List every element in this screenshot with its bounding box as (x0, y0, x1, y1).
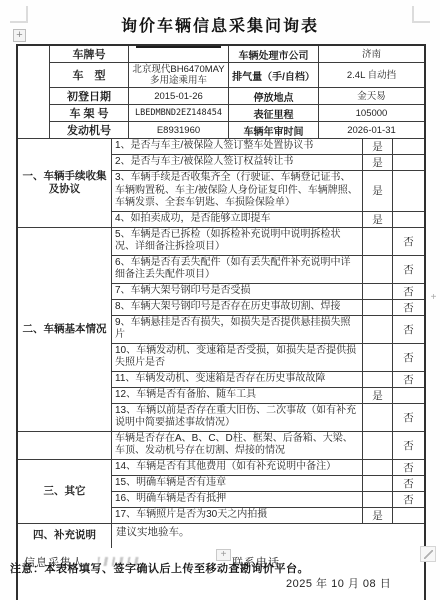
field-value (129, 46, 229, 62)
answer-no-cell: 否 (393, 344, 424, 371)
field-value: 北京现代BH6470MAY多用途乘用车 (129, 63, 229, 87)
answer-yes-cell (363, 256, 393, 283)
question-row: 8、车辆大架号钢印号是否存在历史事故切割、焊接否 (112, 300, 424, 316)
question-row: 14、车辆是否有其他费用（如有补充说明中备注）否 (112, 460, 424, 476)
answer-yes-cell: 是 (363, 139, 393, 154)
question-row: 4、如拍卖成功，是否能够立即提车是 (112, 212, 424, 227)
answer-yes-cell (363, 344, 393, 371)
answer-no-cell: 否 (393, 404, 424, 431)
question-text: 2、是否与车主/被保险人签订权益转让书 (112, 155, 363, 170)
question-row: 7、车辆大架号钢印号是否受损否 (112, 284, 424, 300)
question-text: 3、车辆手续是否收集齐全（行驶证、车辆登记证书、车辆购置税、车主/被保险人身份证… (112, 171, 363, 211)
section-category-label: 三、其它 (18, 460, 112, 523)
question-text: 5、车辆是否已拆检（如拆检补充说明中说明拆检状况、详细备注拆捡项目） (112, 228, 363, 255)
answer-yes-cell (363, 372, 393, 387)
answer-yes-cell (363, 432, 393, 459)
answer-yes-cell (363, 228, 393, 255)
question-text: 6、车辆是否有丢失配件（如有丢失配件补充说明中详细备注丢失配件项目） (112, 256, 363, 283)
field-label: 初登日期 (50, 88, 129, 104)
header-row: 车 型北京现代BH6470MAY多用途乘用车排气量（手/自档）2.4L 自动挡 (50, 63, 424, 88)
form-section: 车辆是否存在A、B、C、D柱、框架、后备箱、大梁、车顶、发动机号存在切割、焊接的… (18, 432, 424, 460)
answer-no-cell: 否 (393, 228, 424, 255)
answer-yes-cell: 是 (363, 171, 393, 211)
question-row: 1、是否与车主/被保险人签订整车处置协议书是 (112, 139, 424, 155)
answer-no-cell (393, 508, 424, 523)
section-category-label: 四、补充说明 (18, 524, 112, 548)
section-rows: 5、车辆是否已拆检（如拆检补充说明中说明拆检状况、详细备注拆捡项目）否6、车辆是… (112, 228, 424, 431)
question-row: 2、是否与车主/被保险人签订权益转让书是 (112, 155, 424, 171)
field-value: 105000 (319, 105, 424, 121)
question-text: 13、车辆以前是否存在重大旧伤、二次事故（如有补充说明中简要描述事故情况） (112, 404, 363, 431)
field-value: 2026-01-31 (319, 122, 424, 138)
section-rows: 建议实地验车。 (112, 524, 424, 548)
question-text: 车辆是否存在A、B、C、D柱、框架、后备箱、大梁、车顶、发动机号存在切割、焊接的… (112, 432, 363, 459)
field-label: 停放地点 (229, 88, 319, 104)
table-resize-handle-icon[interactable] (420, 546, 436, 562)
page-title: 询价车辆信息采集问询表 (0, 13, 440, 36)
upload-instruction-note: 注意：本表格填写、签字确认后上传至移动查勘询价平台。 (10, 560, 309, 576)
section-rows: 车辆是否存在A、B、C、D柱、框架、后备箱、大梁、车顶、发动机号存在切割、焊接的… (112, 432, 424, 459)
answer-yes-cell: 是 (363, 212, 393, 227)
answer-yes-cell (363, 404, 393, 431)
header-row: 初登日期2015-01-26停放地点金天易 (50, 88, 424, 105)
answer-no-cell (393, 139, 424, 154)
section-category-label: 一、车辆手续收集及协议 (18, 139, 112, 227)
answer-no-cell (393, 155, 424, 170)
answer-no-cell (393, 171, 424, 211)
answer-no-cell: 否 (393, 256, 424, 283)
field-label: 排气量（手/自档） (229, 63, 319, 87)
form-section: 四、补充说明建议实地验车。 (18, 524, 424, 548)
question-text: 12、车辆是否有备胎、随车工具 (112, 388, 363, 403)
answer-no-cell: 否 (393, 476, 424, 491)
question-row: 10、车辆发动机、变速箱是否受损，如损失是否提供损失照片是否否 (112, 344, 424, 372)
field-value: 2.4L 自动挡 (319, 63, 424, 87)
form-section: 二、车辆基本情况5、车辆是否已拆检（如拆检补充说明中说明拆检状况、详细备注拆捡项… (18, 228, 424, 432)
form-section: 一、车辆手续收集及协议1、是否与车主/被保险人签订整车处置协议书是2、是否与车主… (18, 139, 424, 228)
question-row: 3、车辆手续是否收集齐全（行驶证、车辆登记证书、车辆购置税、车主/被保险人身份证… (112, 171, 424, 212)
field-label: 车辆年审时间 (229, 122, 319, 138)
answer-no-cell: 否 (393, 460, 424, 475)
section-rows: 14、车辆是否有其他费用（如有补充说明中备注）否15、明确车辆是否有违章否16、… (112, 460, 424, 523)
field-label: 车 型 (50, 63, 129, 87)
question-row: 车辆是否存在A、B、C、D柱、框架、后备箱、大梁、车顶、发动机号存在切割、焊接的… (112, 432, 424, 459)
question-row: 15、明确车辆是否有违章否 (112, 476, 424, 492)
field-value: E8931960 (129, 122, 229, 138)
question-row: 13、车辆以前是否存在重大旧伤、二次事故（如有补充说明中简要描述事故情况）否 (112, 404, 424, 431)
table-insert-handle-right[interactable]: + (428, 292, 439, 303)
field-label: 车辆处理市公司 (229, 46, 319, 62)
form-section: 三、其它14、车辆是否有其他费用（如有补充说明中备注）否15、明确车辆是否有违章… (18, 460, 424, 524)
license-plate-redaction-line (136, 46, 221, 48)
question-text: 15、明确车辆是否有违章 (112, 476, 363, 491)
field-value: 济南 (319, 46, 424, 62)
question-text: 16、明确车辆是否有抵押 (112, 492, 363, 507)
answer-no-cell: 否 (393, 300, 424, 315)
answer-no-cell (393, 212, 424, 227)
answer-no-cell (393, 388, 424, 403)
section-category-label (18, 432, 112, 459)
answer-yes-cell: 是 (363, 388, 393, 403)
document-page: + 询价车辆信息采集问询表 车牌号车辆处理市公司济南车 型北京现代BH6470M… (0, 0, 440, 600)
question-text: 11、车辆发动机、变速箱是否存在历史事故故障 (112, 372, 363, 387)
question-row: 5、车辆是否已拆检（如拆检补充说明中说明拆检状况、详细备注拆捡项目）否 (112, 228, 424, 256)
header-block: 车牌号车辆处理市公司济南车 型北京现代BH6470MAY多用途乘用车排气量（手/… (18, 46, 424, 139)
answer-yes-cell: 是 (363, 155, 393, 170)
answer-no-cell: 否 (393, 372, 424, 387)
answer-no-cell: 否 (393, 432, 424, 459)
section-category-label: 二、车辆基本情况 (18, 228, 112, 431)
supplement-text: 建议实地验车。 (112, 524, 424, 548)
answer-yes-cell (363, 492, 393, 507)
question-row: 6、车辆是否有丢失配件（如有丢失配件补充说明中详细备注丢失配件项目）否 (112, 256, 424, 284)
question-text: 8、车辆大架号钢印号是否存在历史事故切割、焊接 (112, 300, 363, 315)
question-row: 11、车辆发动机、变速箱是否存在历史事故故障否 (112, 372, 424, 388)
section-rows: 1、是否与车主/被保险人签订整车处置协议书是2、是否与车主/被保险人签订权益转让… (112, 139, 424, 227)
header-row: 发动机号E8931960车辆年审时间2026-01-31 (50, 122, 424, 138)
answer-no-cell: 否 (393, 316, 424, 343)
field-value: LBEDMBND2EZ148454 (129, 105, 229, 121)
field-label: 车 架 号 (50, 105, 129, 121)
question-text: 17、车辆照片是否为30天之内拍摄 (112, 508, 363, 523)
answer-yes-cell (363, 460, 393, 475)
field-label: 表征里程 (229, 105, 319, 121)
header-left-strip-cell (18, 46, 50, 138)
question-row: 12、车辆是否有备胎、随车工具是 (112, 388, 424, 404)
question-text: 4、如拍卖成功，是否能够立即提车 (112, 212, 363, 227)
answer-no-cell: 否 (393, 284, 424, 299)
question-text: 7、车辆大架号钢印号是否受损 (112, 284, 363, 299)
answer-yes-cell (363, 284, 393, 299)
form-date: 2025 年 10 月 08 日 (286, 575, 391, 591)
answer-yes-cell (363, 476, 393, 491)
field-label: 车牌号 (50, 46, 129, 62)
vehicle-info-table: 车牌号车辆处理市公司济南车 型北京现代BH6470MAY多用途乘用车排气量（手/… (16, 44, 426, 600)
answer-yes-cell (363, 316, 393, 343)
answer-yes-cell (363, 300, 393, 315)
question-row: 17、车辆照片是否为30天之内拍摄是 (112, 508, 424, 523)
question-row: 9、车辆悬挂是否有损失，如损失是否提供悬挂损失照片否 (112, 316, 424, 344)
answer-no-cell: 否 (393, 492, 424, 507)
field-value: 2015-01-26 (129, 88, 229, 104)
question-text: 10、车辆发动机、变速箱是否受损，如损失是否提供损失照片是否 (112, 344, 363, 371)
question-text: 14、车辆是否有其他费用（如有补充说明中备注） (112, 460, 363, 475)
question-row: 16、明确车辆是否有抵押否 (112, 492, 424, 508)
field-value: 金天易 (319, 88, 424, 104)
question-text: 9、车辆悬挂是否有损失，如损失是否提供悬挂损失照片 (112, 316, 363, 343)
header-row: 车牌号车辆处理市公司济南 (50, 46, 424, 63)
answer-yes-cell: 是 (363, 508, 393, 523)
header-row: 车 架 号LBEDMBND2EZ148454表征里程105000 (50, 105, 424, 122)
question-text: 1、是否与车主/被保险人签订整车处置协议书 (112, 139, 363, 154)
field-label: 发动机号 (50, 122, 129, 138)
